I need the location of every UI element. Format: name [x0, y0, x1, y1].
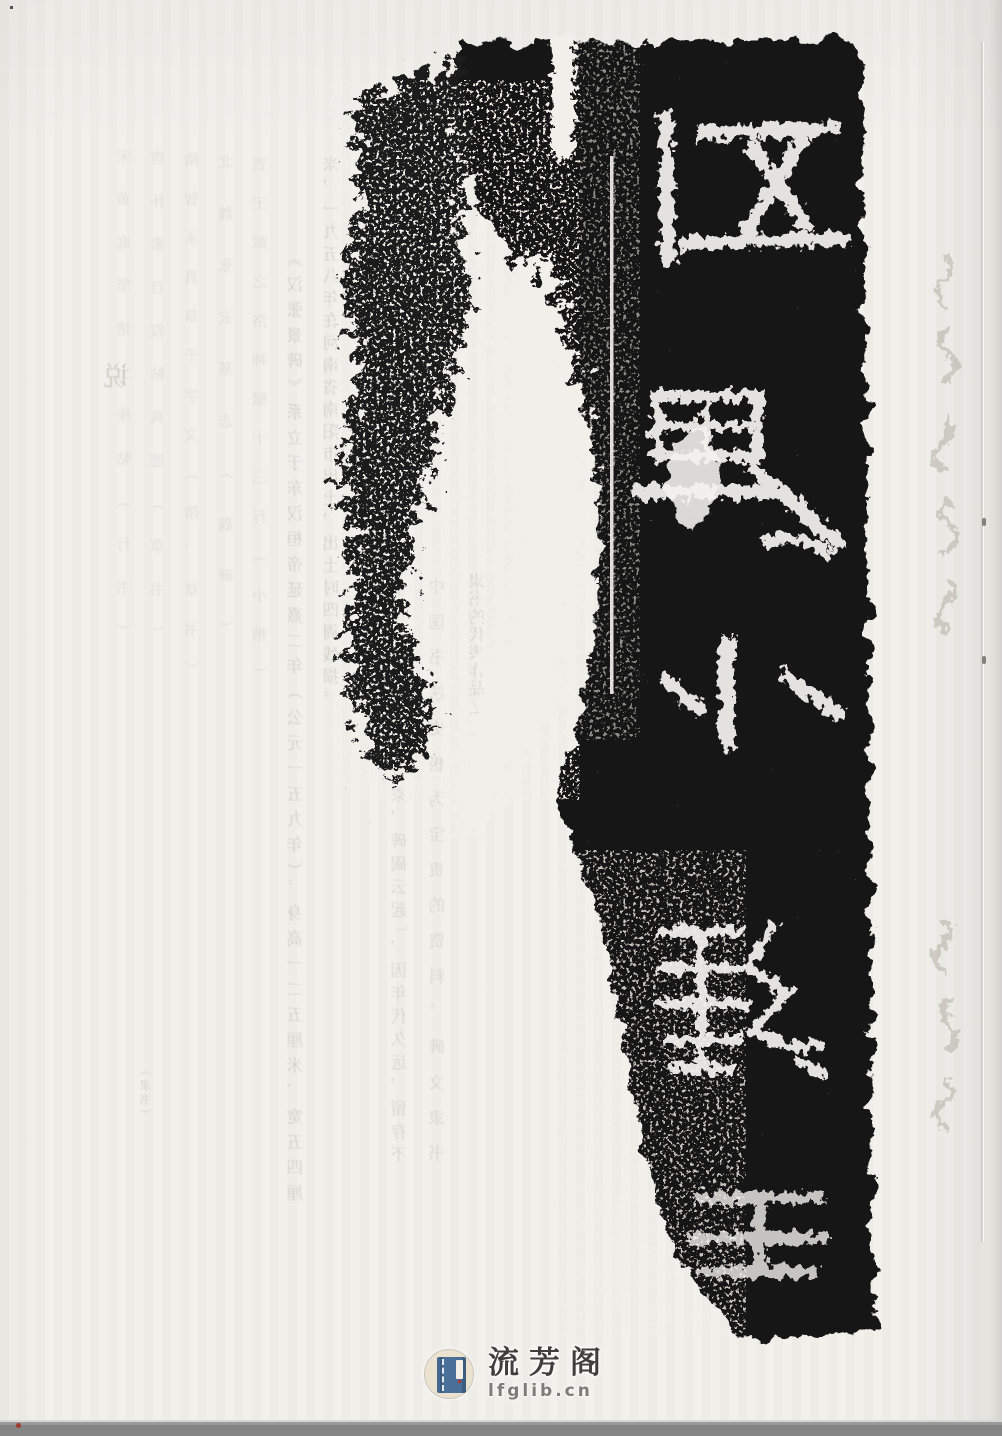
ghost-handwriting-column [934, 256, 957, 1130]
fold-speck [982, 656, 986, 664]
page-edge-shadow [993, 0, 1002, 1436]
scanner-edge-bar [0, 1420, 1002, 1436]
page-container: 隶书的代表作品之一。中国书法史极为宝贵的资料。碑文隶书《书》中说：「自汉以来，碑… [0, 0, 1002, 1436]
scanner-bar-speck [16, 1423, 21, 1428]
stele-rubbing-image [0, 0, 1002, 1436]
fold-speck [982, 518, 986, 526]
page-fold-line [981, 42, 983, 1242]
scan-speck [10, 6, 13, 9]
